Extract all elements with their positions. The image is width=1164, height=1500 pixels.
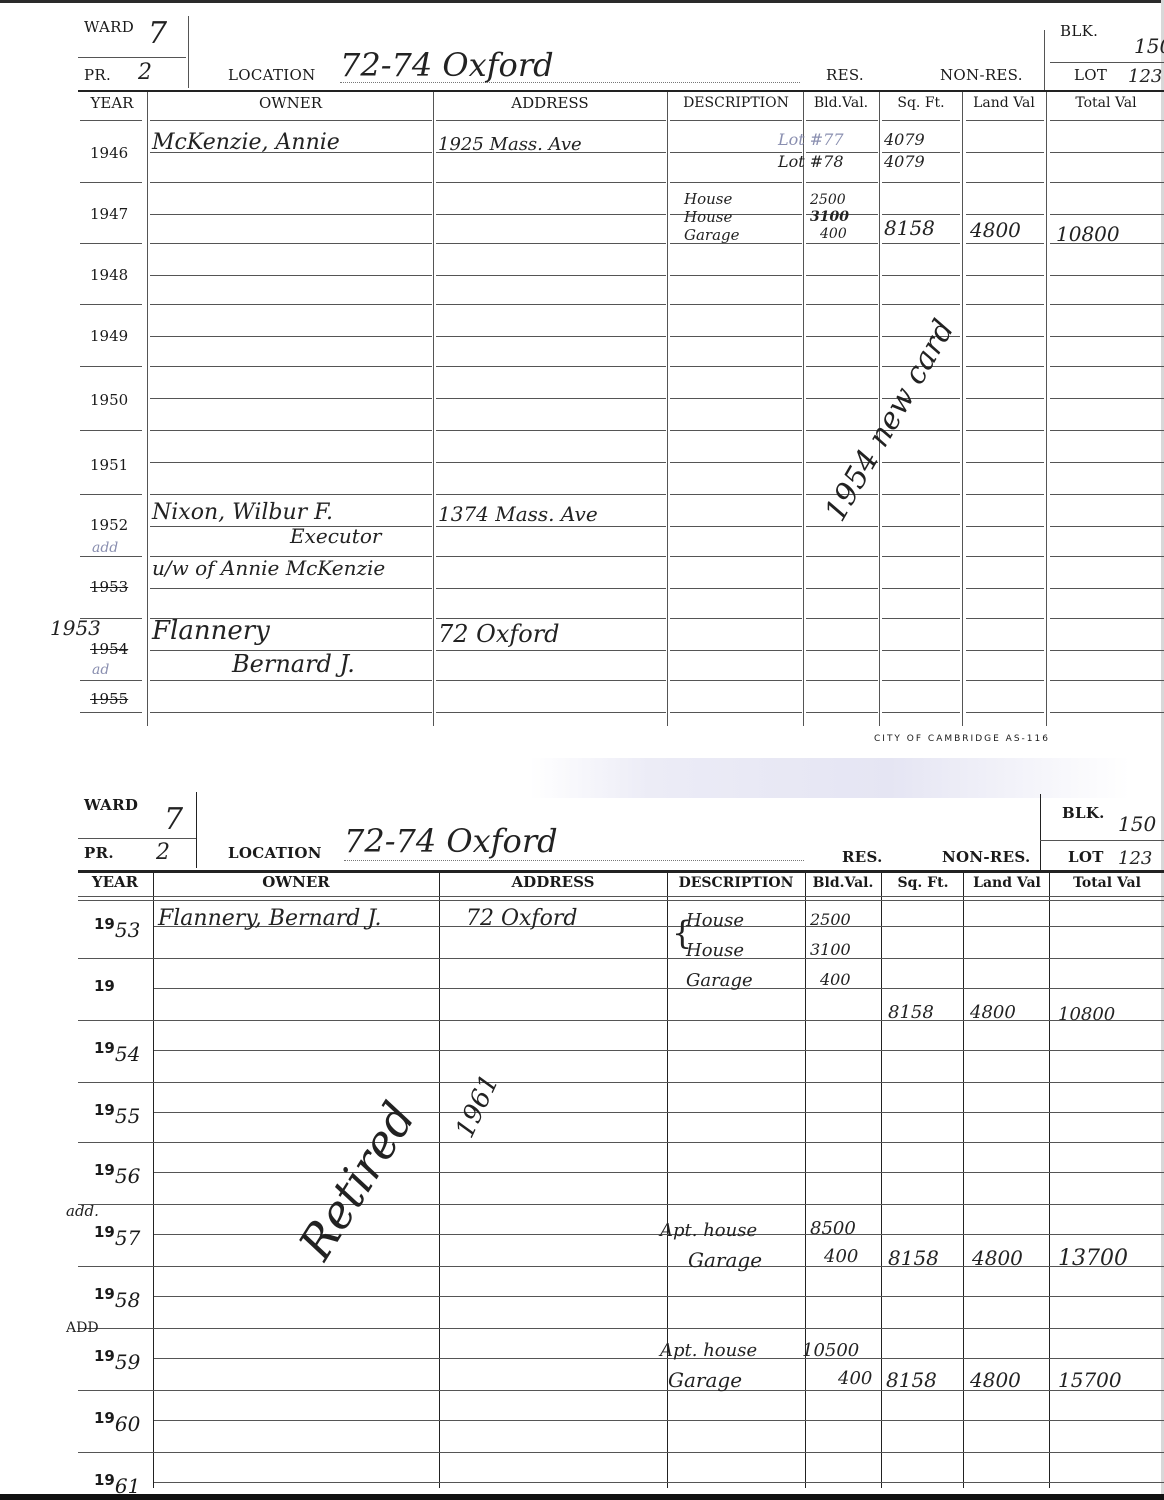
- row-rule: [78, 1204, 1164, 1205]
- row-rule: [806, 680, 878, 681]
- row-rule: [154, 988, 1164, 989]
- res-label: RES.: [842, 848, 883, 866]
- year-label: 1957: [94, 1218, 140, 1242]
- row-rule: [150, 214, 432, 215]
- blk-value: 150: [1118, 812, 1156, 836]
- row-rule: [78, 896, 1164, 897]
- ward-value: 7: [148, 16, 167, 51]
- bld-1947-2: 3100: [810, 209, 849, 225]
- year-prefix: 19: [94, 1161, 115, 1179]
- row-rule: [966, 494, 1044, 495]
- col-total-val: Total Val: [1048, 95, 1164, 111]
- row-rule: [806, 650, 878, 651]
- row-rule: [436, 214, 666, 215]
- year-suffix: 58: [115, 1288, 140, 1312]
- row-rule: [154, 1172, 1164, 1173]
- desc-1959-garage: Garage: [668, 1368, 742, 1392]
- row-rule: [80, 304, 142, 305]
- land-1959: 4800: [970, 1368, 1021, 1392]
- new-card-diagonal-note: 1954 new card: [818, 314, 962, 528]
- row-rule: [150, 120, 432, 121]
- row-rule: [1050, 430, 1164, 431]
- total-1957: 13700: [1058, 1246, 1128, 1271]
- ward-box-divider: [196, 792, 197, 868]
- sqft-1953: 8158: [888, 1002, 934, 1023]
- year-1950: 1950: [90, 391, 128, 409]
- row-rule: [436, 680, 666, 681]
- row-rule: [806, 336, 878, 337]
- land-1957: 4800: [972, 1246, 1023, 1270]
- address-1952: 1374 Mass. Ave: [438, 502, 598, 526]
- row-rule: [1050, 556, 1164, 557]
- row-rule: [882, 556, 960, 557]
- year-label: 1958: [94, 1280, 140, 1304]
- row-rule: [806, 120, 878, 121]
- address-1946: 1925 Mass. Ave: [438, 134, 582, 155]
- year-label: 1960: [94, 1404, 140, 1428]
- ward-value: 7: [164, 802, 183, 837]
- row-rule: [1050, 618, 1164, 619]
- grid-line: [963, 872, 964, 1488]
- row-rule: [806, 526, 878, 527]
- desc-lot-77: Lot #77: [778, 130, 844, 149]
- row-rule: [806, 712, 878, 713]
- row-rule: [436, 398, 666, 399]
- row-rule: [966, 462, 1044, 463]
- row-rule: [436, 304, 666, 305]
- row-rule: [806, 398, 878, 399]
- desc-1957-garage: Garage: [688, 1248, 762, 1272]
- owner-1953: Flannery, Bernard J.: [158, 906, 381, 931]
- row-rule: [80, 494, 142, 495]
- row-rule: [154, 1112, 1164, 1113]
- year-1952: 1952: [90, 516, 128, 534]
- row-rule: [1050, 120, 1164, 121]
- sqft-1947: 8158: [884, 216, 935, 240]
- row-rule: [1050, 494, 1164, 495]
- year-prefix: 19: [94, 1409, 115, 1427]
- row-rule: [806, 556, 878, 557]
- year-prefix: 19: [94, 1039, 115, 1057]
- location-value: 72-74 Oxford: [340, 46, 554, 84]
- blk-divider: [1040, 840, 1164, 841]
- lot-label: LOT: [1074, 66, 1107, 84]
- owner-1953-surname: Flannery: [152, 616, 270, 646]
- row-rule: [1050, 366, 1164, 367]
- year-prefix: 19: [94, 1285, 115, 1303]
- year-suffix: 57: [115, 1226, 140, 1250]
- row-rule: [966, 398, 1044, 399]
- blk-value: 150: [1134, 34, 1164, 58]
- desc-1953-garage: Garage: [686, 970, 753, 991]
- row-rule: [882, 120, 960, 121]
- row-rule: [882, 182, 960, 183]
- row-rule: [670, 650, 802, 651]
- row-rule: [670, 588, 802, 589]
- row-rule: [78, 1452, 1164, 1453]
- row-rule: [882, 243, 960, 244]
- row-rule: [1050, 712, 1164, 713]
- location-label: LOCATION: [228, 66, 316, 84]
- row-rule: [154, 1420, 1164, 1421]
- row-rule: [436, 650, 666, 651]
- year-prefix: 19: [94, 977, 115, 995]
- row-rule: [966, 214, 1044, 215]
- bld-1947-1: 2500: [810, 192, 846, 208]
- year-suffix: 54: [115, 1042, 140, 1066]
- row-rule: [806, 588, 878, 589]
- row-rule: [436, 430, 666, 431]
- row-rule: [154, 1358, 1164, 1359]
- year-label: 1955: [94, 1096, 140, 1120]
- year-prefix: 19: [94, 1347, 115, 1365]
- grid-line: [805, 872, 806, 1488]
- bld-1959-2: 400: [838, 1368, 872, 1389]
- year-label: 19: [94, 972, 115, 996]
- row-rule: [80, 243, 142, 244]
- owner-1952-executor: Executor: [290, 524, 381, 548]
- grid-line: [803, 92, 804, 726]
- desc-1959-apt-house: Apt. house: [660, 1340, 757, 1361]
- margin-note-add-57: add.: [66, 1202, 99, 1220]
- row-rule: [882, 304, 960, 305]
- row-rule: [882, 618, 960, 619]
- row-rule: [1050, 526, 1164, 527]
- row-rule: [670, 120, 802, 121]
- row-rule: [882, 526, 960, 527]
- blk-label: BLK.: [1060, 22, 1098, 40]
- row-rule: [670, 618, 802, 619]
- row-rule: [806, 182, 878, 183]
- col-address: ADDRESS: [440, 873, 666, 891]
- row-rule: [966, 430, 1044, 431]
- year-suffix: 60: [115, 1412, 140, 1436]
- row-rule: [78, 1328, 1164, 1329]
- row-rule: [882, 214, 960, 215]
- row-rule: [436, 712, 666, 713]
- desc-lot-78: Lot #78: [778, 152, 844, 171]
- grid-line: [439, 872, 440, 1488]
- sqft-lot-77: 4079: [884, 130, 925, 149]
- bld-1957-2: 400: [824, 1246, 858, 1267]
- year-1948: 1948: [90, 266, 128, 284]
- desc-1947-house-2: House: [684, 208, 732, 226]
- desc-1947-garage: Garage: [684, 226, 740, 244]
- row-rule: [150, 462, 432, 463]
- row-rule: [1050, 214, 1164, 215]
- row-rule: [806, 618, 878, 619]
- row-rule: [882, 275, 960, 276]
- row-rule: [966, 556, 1044, 557]
- ward-divider: [78, 57, 186, 58]
- row-rule: [1050, 680, 1164, 681]
- grid-line: [1046, 92, 1047, 726]
- row-rule: [806, 243, 878, 244]
- row-rule: [966, 618, 1044, 619]
- grid-line: [962, 92, 963, 726]
- row-rule: [436, 494, 666, 495]
- row-rule: [882, 588, 960, 589]
- row-rule: [966, 182, 1044, 183]
- year-suffix: 55: [115, 1104, 140, 1128]
- bld-1953-1: 2500: [810, 910, 851, 929]
- year-1953-written: 1953: [50, 616, 101, 640]
- margin-note-add: add: [92, 540, 118, 556]
- col-address: ADDRESS: [434, 94, 666, 112]
- lot-value: 123: [1128, 66, 1162, 87]
- res-label: RES.: [826, 66, 864, 84]
- row-rule: [78, 958, 1164, 959]
- row-rule: [882, 680, 960, 681]
- pr-value: 2: [156, 840, 170, 865]
- year-prefix: 19: [94, 1471, 115, 1489]
- bld-1953-2: 3100: [810, 940, 851, 959]
- row-rule: [1050, 182, 1164, 183]
- blk-divider: [1050, 62, 1164, 63]
- ward-label: WARD: [84, 796, 138, 814]
- blk-box-divider: [1044, 30, 1045, 90]
- desc-1957-apt-house: Apt. house: [660, 1220, 757, 1241]
- grid-line: [153, 872, 154, 1488]
- row-rule: [670, 494, 802, 495]
- row-rule: [436, 120, 666, 121]
- ward-label: WARD: [84, 18, 134, 36]
- year-1946: 1946: [90, 144, 128, 162]
- year-suffix: 53: [115, 918, 140, 942]
- year-suffix: 56: [115, 1164, 140, 1188]
- year-suffix: 59: [115, 1350, 140, 1374]
- row-rule: [966, 366, 1044, 367]
- row-rule: [966, 120, 1044, 121]
- col-year: YEAR: [78, 94, 146, 112]
- desc-1953-house-1: House: [686, 910, 744, 931]
- row-rule: [966, 275, 1044, 276]
- row-rule: [966, 152, 1044, 153]
- row-rule: [150, 243, 432, 244]
- form-footer: CITY OF CAMBRIDGE AS-116: [874, 734, 1050, 744]
- year-1947: 1947: [90, 205, 128, 223]
- row-rule: [1050, 336, 1164, 337]
- row-rule: [150, 182, 432, 183]
- row-rule: [80, 712, 142, 713]
- col-total-val: Total Val: [1050, 875, 1164, 891]
- row-rule: [78, 1142, 1164, 1143]
- row-rule: [436, 588, 666, 589]
- row-rule: [670, 712, 802, 713]
- row-rule: [1050, 462, 1164, 463]
- land-1953: 4800: [970, 1002, 1016, 1023]
- grid-line: [1049, 872, 1050, 1488]
- location-line: [344, 860, 804, 861]
- location-label: LOCATION: [228, 844, 322, 862]
- row-rule: [966, 588, 1044, 589]
- row-rule: [882, 494, 960, 495]
- row-rule: [80, 120, 142, 121]
- desc-1947-house-1: House: [684, 190, 732, 208]
- total-1947: 10800: [1056, 222, 1120, 246]
- row-rule: [436, 556, 666, 557]
- row-rule: [150, 712, 432, 713]
- margin-note-add-59: ADD: [66, 1320, 99, 1336]
- pr-value: 2: [138, 60, 152, 85]
- row-rule: [154, 1050, 1164, 1051]
- grid-line: [667, 92, 668, 726]
- row-rule: [436, 462, 666, 463]
- grid-line: [667, 872, 668, 1488]
- nonres-label: NON-RES.: [940, 66, 1023, 84]
- row-rule: [150, 588, 432, 589]
- year-label: 1959: [94, 1342, 140, 1366]
- bld-1957-1: 8500: [810, 1218, 856, 1239]
- row-rule: [670, 680, 802, 681]
- bld-1959-1: 10500: [802, 1340, 859, 1361]
- owner-1946: McKenzie, Annie: [152, 130, 340, 155]
- col-bld-val: Bld.Val.: [804, 95, 878, 111]
- row-rule: [670, 462, 802, 463]
- year-1955-struck: 1955: [90, 690, 128, 708]
- row-rule: [882, 712, 960, 713]
- row-rule: [966, 304, 1044, 305]
- year-prefix: 19: [94, 1223, 115, 1241]
- row-rule: [670, 430, 802, 431]
- row-rule: [80, 366, 142, 367]
- row-rule: [882, 650, 960, 651]
- row-rule: [150, 366, 432, 367]
- row-rule: [80, 182, 142, 183]
- bld-1947-3: 400: [820, 226, 847, 242]
- grid-line: [881, 872, 882, 1488]
- col-owner: OWNER: [154, 873, 438, 891]
- row-rule: [80, 556, 142, 557]
- year-prefix: 19: [94, 1101, 115, 1119]
- grid-line: [433, 92, 434, 726]
- row-rule: [966, 650, 1044, 651]
- row-rule: [436, 243, 666, 244]
- scan-bottom-edge: [0, 1494, 1164, 1500]
- total-1953: 10800: [1058, 1004, 1115, 1025]
- row-rule: [436, 366, 666, 367]
- row-rule: [436, 182, 666, 183]
- land-1947: 4800: [970, 218, 1021, 242]
- row-rule: [966, 712, 1044, 713]
- col-description: DESCRIPTION: [668, 95, 804, 111]
- ward-divider: [78, 838, 196, 839]
- col-owner: OWNER: [148, 94, 433, 112]
- row-rule: [806, 304, 878, 305]
- row-rule: [150, 398, 432, 399]
- row-rule: [670, 398, 802, 399]
- total-1959: 15700: [1058, 1368, 1122, 1392]
- col-description: DESCRIPTION: [668, 875, 804, 891]
- row-rule: [78, 900, 1164, 901]
- row-rule: [670, 526, 802, 527]
- margin-note-ad: ad: [92, 662, 109, 678]
- year-1954-struck: 1954: [90, 640, 128, 658]
- row-rule: [436, 336, 666, 337]
- blk-label: BLK.: [1062, 804, 1105, 822]
- row-rule: [1050, 152, 1164, 153]
- assessment-card-1946: WARD 7 PR. 2 LOCATION 72-74 Oxford RES. …: [78, 10, 1164, 750]
- row-rule: [1050, 588, 1164, 589]
- row-rule: [436, 618, 666, 619]
- row-rule: [966, 336, 1044, 337]
- col-land-val: Land Val: [964, 875, 1050, 891]
- row-rule: [670, 182, 802, 183]
- row-rule: [966, 243, 1044, 244]
- row-rule: [1050, 275, 1164, 276]
- desc-1953-house-2: House: [686, 940, 744, 961]
- row-rule: [806, 366, 878, 367]
- lot-value: 123: [1118, 848, 1152, 869]
- row-rule: [150, 304, 432, 305]
- blk-box-divider: [1040, 794, 1041, 870]
- row-rule: [150, 494, 432, 495]
- address-1953: 72 Oxford: [466, 906, 577, 931]
- col-year: YEAR: [78, 873, 152, 891]
- row-rule: [150, 336, 432, 337]
- col-land-val: Land Val: [962, 95, 1046, 111]
- owner-1953-given: Bernard J.: [232, 650, 355, 678]
- pr-label: PR.: [84, 844, 114, 862]
- owner-1952-will: u/w of Annie McKenzie: [152, 556, 385, 580]
- row-rule: [1050, 398, 1164, 399]
- row-rule: [80, 680, 142, 681]
- col-sq-ft: Sq. Ft.: [882, 875, 964, 891]
- row-rule: [670, 275, 802, 276]
- row-rule: [154, 1482, 1164, 1483]
- row-rule: [670, 556, 802, 557]
- year-1951: 1951: [90, 456, 128, 474]
- grid-line: [147, 92, 148, 726]
- sqft-1959: 8158: [886, 1368, 937, 1392]
- ward-box-divider: [188, 16, 189, 88]
- row-rule: [806, 275, 878, 276]
- col-bld-val: Bld.Val.: [806, 875, 880, 891]
- row-rule: [436, 526, 666, 527]
- row-rule: [966, 680, 1044, 681]
- year-label: 1961: [94, 1466, 140, 1490]
- sqft-lot-78: 4079: [884, 152, 925, 171]
- location-value: 72-74 Oxford: [344, 822, 558, 860]
- nonres-label: NON-RES.: [942, 848, 1031, 866]
- row-rule: [150, 430, 432, 431]
- row-rule: [154, 1296, 1164, 1297]
- col-sq-ft: Sq. Ft.: [880, 95, 962, 111]
- row-rule: [670, 304, 802, 305]
- retired-diagonal-note: Retired: [288, 1093, 426, 1269]
- row-rule: [1050, 304, 1164, 305]
- header-rule: [78, 90, 1164, 92]
- row-rule: [150, 275, 432, 276]
- row-rule: [78, 1082, 1164, 1083]
- assessment-card-1953: WARD 7 PR. 2 LOCATION 72-74 Oxford RES. …: [78, 790, 1164, 1494]
- row-rule: [670, 366, 802, 367]
- year-1953-struck: 1953: [90, 578, 128, 596]
- bld-1953-3: 400: [820, 970, 851, 989]
- lot-label: LOT: [1068, 848, 1104, 866]
- owner-1952-name: Nixon, Wilbur F.: [152, 500, 333, 525]
- year-label: 1953: [94, 910, 140, 934]
- year-label: 1954: [94, 1034, 140, 1058]
- sqft-1957: 8158: [888, 1246, 939, 1270]
- row-rule: [1050, 650, 1164, 651]
- row-rule: [80, 430, 142, 431]
- row-rule: [150, 680, 432, 681]
- year-label: 1956: [94, 1156, 140, 1180]
- row-rule: [436, 275, 666, 276]
- row-rule: [670, 336, 802, 337]
- pr-label: PR.: [84, 66, 111, 84]
